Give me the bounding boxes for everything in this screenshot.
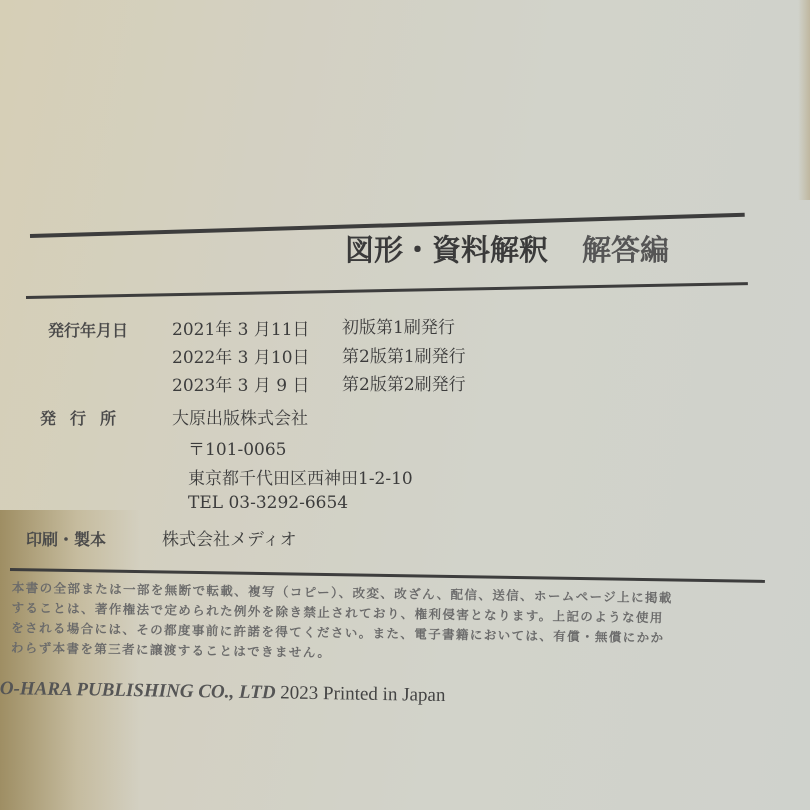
edition-date-1: 2021年 3 月11日	[172, 315, 310, 340]
edition-note-2: 第2版第1刷発行	[342, 342, 466, 367]
page-shadow	[0, 510, 140, 810]
edition-date-2: 2022年 3 月10日	[172, 343, 310, 368]
publisher-postal: 〒101-0065	[188, 435, 286, 460]
publisher-label: 発行所	[40, 406, 130, 429]
edition-note-1: 初版第1刷発行	[342, 313, 455, 338]
imprint-year: 2023 Printed in Japan	[280, 682, 445, 706]
issue-date-label: 発行年月日	[48, 318, 128, 341]
publisher-tel: TEL 03-3292-6654	[188, 493, 348, 513]
page-edge-shadow	[798, 0, 810, 200]
book-title-main: 図形・資料解釈	[345, 233, 548, 267]
book-title: 図形・資料解釈解答編	[345, 228, 669, 269]
title-bottom-rule	[26, 282, 748, 299]
edition-note-3: 第2版第2刷発行	[342, 370, 466, 395]
printer-name: 株式会社メディオ	[162, 525, 297, 550]
printer-label: 印刷・製本	[26, 527, 106, 550]
publisher-address: 東京都千代田区西神田1-2-10	[188, 464, 413, 489]
copyright-notice: 本書の全部または一部を無断で転載、複写（コピー）、改変、改ざん、配信、送信、ホー…	[11, 578, 742, 669]
publisher-name: 大原出版株式会社	[172, 404, 308, 429]
edition-date-3: 2023年 3 月 9 日	[172, 371, 310, 396]
imprint-company: O-HARA PUBLISHING CO., LTD	[0, 678, 276, 703]
imprint-line: O-HARA PUBLISHING CO., LTD 2023 Printed …	[0, 678, 446, 707]
book-subtitle: 解答編	[582, 233, 669, 267]
